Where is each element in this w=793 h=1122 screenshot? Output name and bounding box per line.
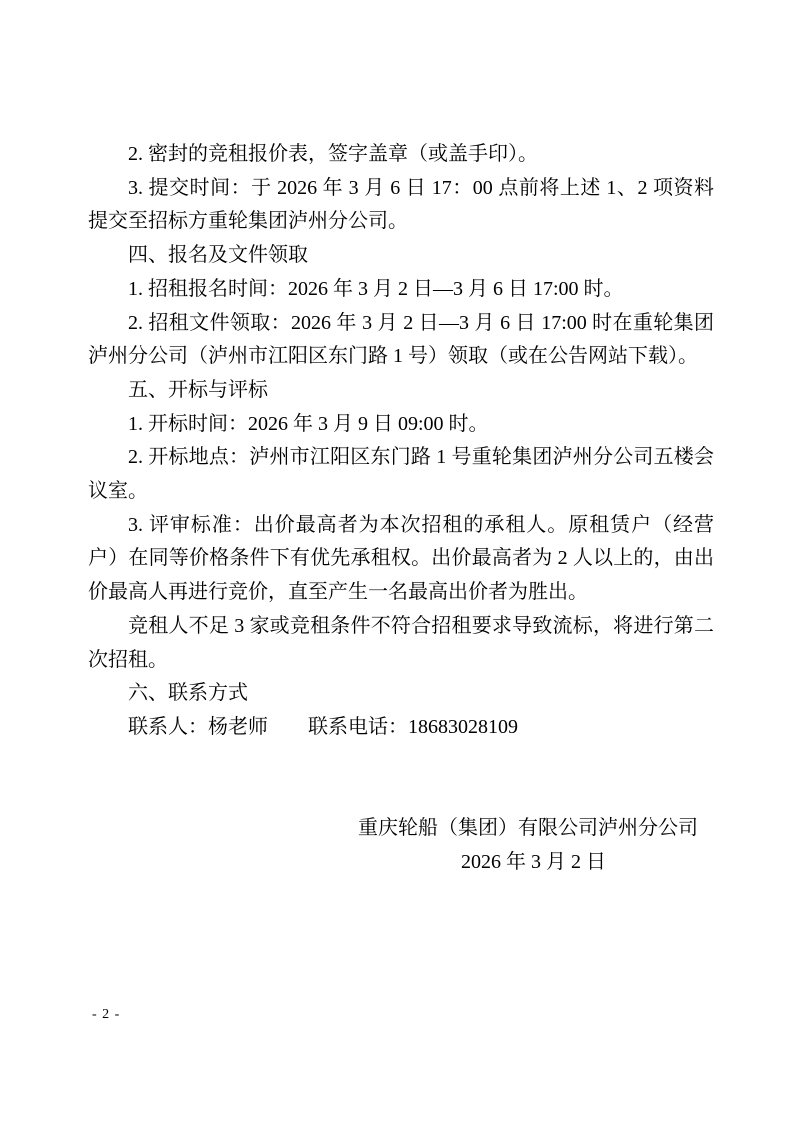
paragraph: 2. 开标地点：泸州市江阳区东门路 1 号重轮集团泸州分公司五楼会议室。 [88, 441, 714, 508]
signature-block: 重庆轮船（集团）有限公司泸州分公司 2026 年 3 月 2 日 [88, 812, 714, 879]
section-heading: 五、开标与评标 [88, 374, 714, 408]
paragraph: 1. 招租报名时间：2026 年 3 月 2 日—3 月 6 日 17:00 时… [88, 273, 714, 307]
signature-company: 重庆轮船（集团）有限公司泸州分公司 [88, 812, 698, 846]
document-page: 2. 密封的竞租报价表，签字盖章（或盖手印）。3. 提交时间：于 2026 年 … [0, 0, 793, 1122]
paragraph: 联系人：杨老师 联系电话：18683028109 [88, 711, 714, 745]
paragraph: 2. 招租文件领取：2026 年 3 月 2 日—3 月 6 日 17:00 时… [88, 307, 714, 374]
signature-date: 2026 年 3 月 2 日 [88, 846, 606, 880]
paragraph: 1. 开标时间：2026 年 3 月 9 日 09:00 时。 [88, 408, 714, 442]
paragraph: 3. 提交时间：于 2026 年 3 月 6 日 17：00 点前将上述 1、2… [88, 172, 714, 239]
paragraph: 竞租人不足 3 家或竞租条件不符合招租要求导致流标，将进行第二次招租。 [88, 610, 714, 677]
document-content: 2. 密封的竞租报价表，签字盖章（或盖手印）。3. 提交时间：于 2026 年 … [88, 138, 714, 879]
section-heading: 四、报名及文件领取 [88, 239, 714, 273]
paragraph: 2. 密封的竞租报价表，签字盖章（或盖手印）。 [88, 138, 714, 172]
paragraph: 3. 评审标准：出价最高者为本次招租的承租人。原租赁户（经营户）在同等价格条件下… [88, 509, 714, 610]
page-number: - 2 - [92, 1005, 120, 1025]
section-heading: 六、联系方式 [88, 677, 714, 711]
document-body: 2. 密封的竞租报价表，签字盖章（或盖手印）。3. 提交时间：于 2026 年 … [88, 138, 714, 745]
